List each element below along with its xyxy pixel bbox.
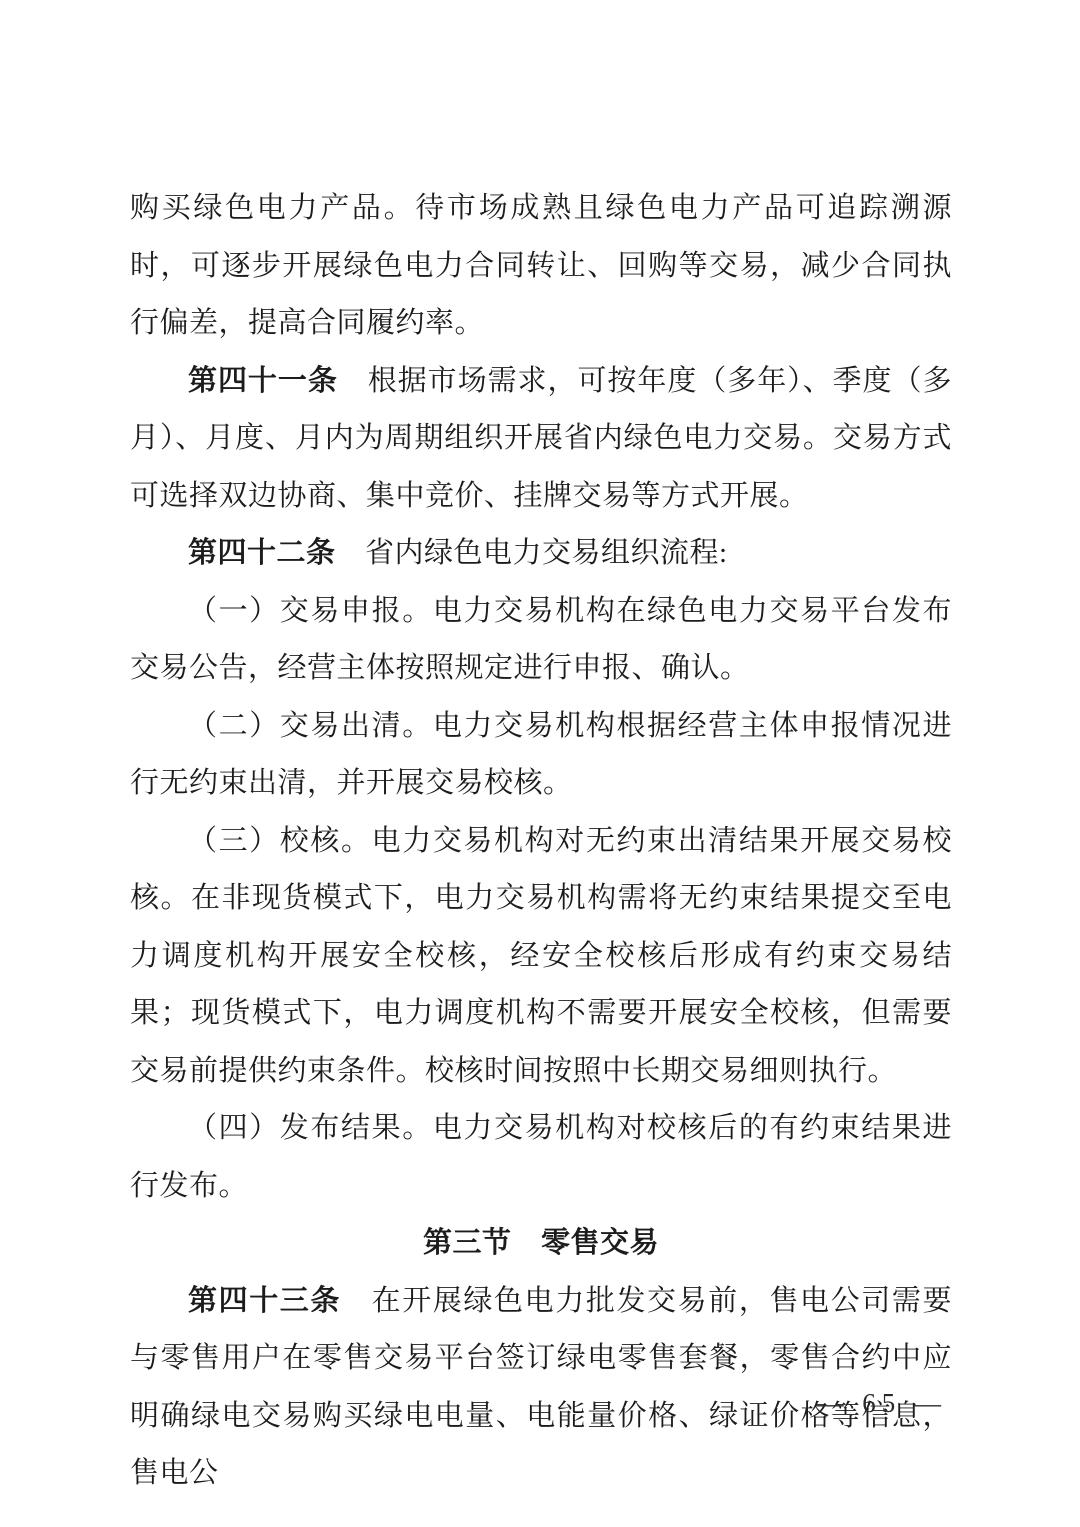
paragraph: （四）发布结果。电力交易机构对校核后的有约束结果进行发布。 [130, 1100, 952, 1215]
paragraph-text: 购买绿色电力产品。待市场成熟且绿色电力产品可追踪溯源时，可逐步开展绿色电力合同转… [130, 192, 952, 339]
paragraph-text: （一）交易申报。电力交易机构在绿色电力交易平台发布交易公告，经营主体按照规定进行… [130, 595, 952, 685]
document-page: 购买绿色电力产品。待市场成熟且绿色电力产品可追踪溯源时，可逐步开展绿色电力合同转… [0, 0, 1080, 1527]
paragraph: （二）交易出清。电力交易机构根据经营主体申报情况进行无约束出清，并开展交易校核。 [130, 698, 952, 813]
article-number: 第四十一条 [188, 365, 338, 397]
article-number: 第四十三条 [188, 1285, 341, 1317]
paragraph-text: （三）校核。电力交易机构对无约束出清结果开展交易校核。在非现货模式下，电力交易机… [130, 825, 952, 1087]
section-heading: 第三节 零售交易 [130, 1215, 952, 1273]
paragraph: （三）校核。电力交易机构对无约束出清结果开展交易校核。在非现货模式下，电力交易机… [130, 813, 952, 1101]
paragraph-text: （二）交易出清。电力交易机构根据经营主体申报情况进行无约束出清，并开展交易校核。 [130, 710, 952, 800]
page-number: — 65 — [817, 1383, 948, 1423]
section-number: 第三节 [423, 1227, 512, 1259]
article-number: 第四十二条 [188, 537, 336, 569]
paragraph: 购买绿色电力产品。待市场成熟且绿色电力产品可追踪溯源时，可逐步开展绿色电力合同转… [130, 180, 952, 353]
paragraph-text: 零售交易 [541, 1227, 659, 1259]
paragraph: 第四十二条 省内绿色电力交易组织流程: [130, 525, 952, 583]
paragraph-text: （四）发布结果。电力交易机构对校核后的有约束结果进行发布。 [130, 1112, 952, 1202]
paragraph: 第四十一条 根据市场需求，可按年度（多年）、季度（多月）、月度、月内为周期组织开… [130, 353, 952, 526]
paragraph: （一）交易申报。电力交易机构在绿色电力交易平台发布交易公告，经营主体按照规定进行… [130, 583, 952, 698]
paragraph-text: 省内绿色电力交易组织流程: [365, 537, 728, 569]
document-body: 购买绿色电力产品。待市场成熟且绿色电力产品可追踪溯源时，可逐步开展绿色电力合同转… [130, 180, 952, 1503]
